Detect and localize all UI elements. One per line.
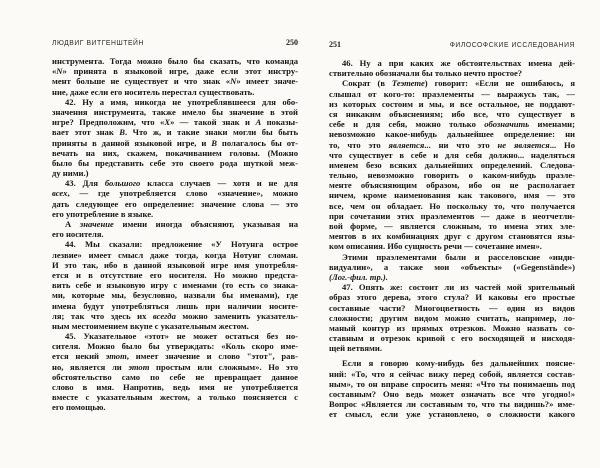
text-line: 45. Указательное «этот» не может остатьс…	[52, 331, 298, 341]
text-segment: » принята в языковой игре, даже если это…	[63, 66, 298, 76]
text-segment-italic: является	[389, 140, 425, 150]
text-line: вить себе и языковую игру с именами (то …	[52, 280, 298, 290]
text-line: ничем, кроме наименования как такового, …	[329, 190, 575, 200]
text-segment: ствительно обозначали бы только нечто пр…	[329, 68, 522, 78]
text-line: слышал от кого-то: праэлементы — выражус…	[329, 89, 575, 99]
text-segment: игре? Предположим, что «	[52, 117, 164, 127]
text-line: ным местоимением вкупе с указательным же…	[52, 321, 298, 331]
text-line: Если я говорю кому-нибудь без дальнейших…	[329, 358, 575, 368]
text-segment: что существует в себе и для себя должно.…	[329, 150, 575, 160]
text-segment: менте объясняющим образом, ибо он не рас…	[329, 180, 575, 190]
text-line: вает этот знак В. Что ж, и такие знаки м…	[52, 127, 298, 137]
text-line: вечать на них, скажем, покачиванием голо…	[52, 148, 298, 158]
text-line: всех, — где употребляется слово «значени…	[52, 188, 298, 198]
text-line: ет смысл, если уже установлено, о сложно…	[329, 409, 575, 419]
text-segment: при сочетании этих праэлементов — даже в…	[329, 211, 575, 221]
page-number-right: 251	[329, 40, 341, 49]
text-segment: невозможно какое-нибудь дальнейшее опред…	[329, 129, 575, 139]
text-segment: щей ветвями.	[329, 343, 382, 353]
text-segment: инструмента. Тогда можно было бы сказать…	[52, 56, 298, 66]
text-segment: маный контур из прямых отрезков. Можно н…	[329, 323, 575, 333]
text-segment-italic: (Лог.-фил. тр.).	[329, 272, 388, 282]
running-title-book: ФИЛОСОФСКИЕ ИССЛЕДОВАНИЯ	[450, 42, 575, 49]
text-segment: тельно, невозможно говорить о каком-нибу…	[329, 170, 575, 180]
text-line: И это так, ибо в данной языковой игре им…	[52, 260, 298, 270]
text-segment: ничем, кроме наименования как такового, …	[329, 190, 575, 200]
text-line: приняты в данной языковой игре, и В пола…	[52, 138, 298, 148]
text-line: мент больше не существует и что знак «N»…	[52, 76, 298, 86]
text-segment: значения инструмента, также имело бы зна…	[52, 107, 298, 117]
text-segment: было бы представить себе это своего рода…	[52, 158, 298, 168]
text-line: себе и для себя, можно только обозначить…	[329, 119, 575, 129]
text-line: 46. Ну а при каких же обстоятельствах им…	[329, 58, 575, 68]
text-line: ком описания. Ибо сущность речи — сочета…	[329, 241, 575, 251]
text-segment: именем безо всяких дальнейших определени…	[329, 160, 575, 170]
text-line: все, чем он обладает. Но поскольку то, ч…	[329, 201, 575, 211]
text-line: что существует в себе и для себя должно.…	[329, 150, 575, 160]
text-line: но, является ли этот простым или сложным…	[52, 362, 298, 372]
text-segment: именами;	[529, 119, 575, 129]
text-line: ду ними.)	[52, 168, 298, 178]
text-segment: Вопрос «Является ли составным то, что ты…	[329, 399, 575, 409]
text-line: образ этого дерева, этого стула? И каков…	[329, 292, 575, 302]
text-segment: простым или сложным». Но это	[149, 362, 298, 372]
text-segment: слышал от кого-то: праэлементы — выражус…	[329, 89, 575, 99]
text-segment: лезвие» имеет смысл даже тогда, когда Но…	[52, 250, 298, 260]
text-segment: ... ни что это	[424, 140, 497, 150]
text-segment: вместе с указательным жестом, а только п…	[52, 392, 298, 402]
text-line: дать следующее его определение: значение…	[52, 199, 298, 209]
text-segment: ля; так что здесь их	[52, 311, 153, 321]
text-line: имена будут употребляться лишь при налич…	[52, 301, 298, 311]
text-line: сителя. Можно было бы утверждать: «Коль …	[52, 341, 298, 351]
text-segment: сложности; другим видом можно считать, н…	[329, 313, 575, 323]
text-line: обстоятельство само по себе не превращае…	[52, 372, 298, 382]
text-segment: обстоятельство само по себе не превращае…	[52, 372, 298, 382]
text-segment: ми, которые мы, безусловно, назвали бы и…	[52, 290, 298, 300]
text-line: Вопрос «Является ли составным то, что ты…	[329, 399, 575, 409]
text-line: А значение имени иногда объясняют, указы…	[52, 219, 298, 229]
text-line: составные части? Многоцветность — один и…	[329, 303, 575, 313]
text-line: 47. Опять же: состоит ли из частей мой з…	[329, 282, 575, 292]
text-segment: , — где употребляется слово «значение», …	[67, 188, 298, 198]
text-segment: ет смысл, если уже установлено, о сложно…	[329, 409, 575, 419]
text-line: ля; так что здесь их всегда можно замени…	[52, 311, 298, 321]
text-segment: слово в имя. Напротив, ведь имя не употр…	[52, 382, 298, 392]
text-line: было бы представить себе это своего рода…	[52, 158, 298, 168]
text-line: значения инструмента, также имело бы зна…	[52, 107, 298, 117]
text-line: его носителя.	[52, 229, 298, 239]
text-line: 44. Мы сказали: предложение «У Нотунга о…	[52, 239, 298, 249]
text-segment: его носителя.	[52, 229, 104, 239]
text-line: его употребление в языке.	[52, 209, 298, 219]
text-segment: сителя. Можно было бы утверждать: «Коль …	[52, 341, 298, 351]
text-segment: мент больше не существует и что знак «	[52, 76, 230, 86]
text-line: ется некий этот, имеет значение и слово …	[52, 351, 298, 361]
page-right: 251 ФИЛОСОФСКИЕ ИССЛЕДОВАНИЯ 46. Ну а пр…	[329, 40, 575, 420]
text-segment-italic: не является	[498, 140, 550, 150]
text-line: Этими праэлементами были и расселовские …	[329, 252, 575, 262]
text-segment: ком описания. Ибо сущность речи — сочета…	[329, 241, 542, 251]
page-number-left: 250	[286, 38, 298, 47]
text-segment: ется и в отсутствие его носителя. Но мож…	[52, 270, 298, 280]
book-spread: ЛЮДВИГ ВИТГЕНШТЕЙН 250 инструмента. Тогд…	[0, 0, 600, 468]
text-segment: ду ними.)	[52, 168, 89, 178]
text-segment-italic: этот	[106, 351, 127, 361]
text-line: 43. Для большого класса случаев — хотя и…	[52, 178, 298, 188]
text-segment-italic: всех	[52, 188, 67, 198]
text-line: ным», то он вправе спросить меня: «Что т…	[329, 379, 575, 389]
text-segment: образ этого дерева, этого стула? И каков…	[329, 292, 575, 302]
text-line: невозможно какое-нибудь дальнейшее опред…	[329, 129, 575, 139]
text-segment: составным? Оно ведь может означать все ч…	[329, 389, 575, 399]
text-segment: Сократ (в	[342, 78, 392, 88]
text-segment: класса случаев — хотя и не для	[140, 178, 298, 188]
text-line: вместе с указательным жестом, а только п…	[52, 392, 298, 402]
text-segment: 44. Мы сказали: предложение «У Нотунга о…	[65, 239, 298, 249]
text-segment: 47. Опять же: состоит ли из частей мой з…	[342, 282, 575, 292]
text-segment-italic: всегда	[153, 311, 176, 321]
text-segment: из которых состоим и мы, и все остальное…	[329, 99, 575, 109]
text-segment: его употребление в языке.	[52, 209, 153, 219]
text-segment: можно заменить указатель-	[176, 311, 298, 321]
text-segment-italic: Теэтете	[392, 78, 425, 88]
text-segment: 46. Ну а при каких же обстоятельствах им…	[342, 58, 575, 68]
text-line: именем безо всяких дальнейших определени…	[329, 160, 575, 170]
text-segment: составные части? Многоцветность — один и…	[329, 303, 575, 313]
text-segment: » имеет значе-	[236, 76, 298, 86]
text-segment: вить себе и языковую игру с именами (то …	[52, 280, 298, 290]
text-segment: полагалось бы от-	[217, 138, 298, 148]
text-segment: 43. Для	[65, 178, 105, 188]
text-segment: но, является ли	[52, 362, 128, 372]
text-segment: Если я говорю кому-нибудь без дальнейших…	[342, 358, 575, 368]
text-line: щей ветвями.	[329, 343, 575, 353]
text-line: ние, даже если его носитель перестал сущ…	[52, 87, 298, 97]
text-line: Сократ (в Теэтете) говорит: «Если не оши…	[329, 78, 575, 88]
text-line: маный контур из прямых отрезков. Можно н…	[329, 323, 575, 333]
text-segment: ) говорит: «Если не ошибаюсь, я	[425, 78, 575, 88]
text-segment: . Что ж, и такие знаки могли бы быть	[125, 127, 298, 137]
page-left-header: ЛЮДВИГ ВИТГЕНШТЕЙН 250	[52, 38, 298, 47]
page-left: ЛЮДВИГ ВИТГЕНШТЕЙН 250 инструмента. Тогд…	[52, 38, 298, 413]
text-line: (Лог.-фил. тр.).	[329, 272, 575, 282]
text-segment-italic: этот	[128, 362, 149, 372]
text-line: при сочетании этих праэлементов — даже в…	[329, 211, 575, 221]
running-title-author: ЛЮДВИГ ВИТГЕНШТЕЙН	[52, 40, 144, 47]
text-segment: ние, даже если его носитель перестал сущ…	[52, 87, 254, 97]
text-segment: , имеет значение и слово "этот", рав-	[127, 351, 298, 361]
page-right-body: 46. Ну а при каких же обстоятельствах им…	[329, 58, 575, 420]
text-line: менте объясняющим образом, ибо он не рас…	[329, 180, 575, 190]
text-segment-italic: большого	[105, 178, 141, 188]
text-line: «N» принята в языковой игре, даже если э…	[52, 66, 298, 76]
text-segment: ется некий	[52, 351, 106, 361]
text-segment-italic: обозначить	[484, 119, 529, 129]
text-segment: имена будут употребляться лишь при налич…	[52, 301, 298, 311]
text-line: ся никаким объяснениям; ибо все, что сущ…	[329, 109, 575, 119]
text-segment: видуалии», а также мои «объекты» («Gegen…	[329, 262, 575, 272]
text-line: ствительно обозначали бы только нечто пр…	[329, 68, 575, 78]
text-segment: его помощью.	[52, 402, 106, 412]
text-segment: ментов в их комбинациях друг с другом ст…	[329, 231, 575, 241]
text-line: видуалии», а также мои «объекты» («Gegen…	[329, 262, 575, 272]
text-segment: ным местоимением вкупе с указательным же…	[52, 321, 249, 331]
text-line: ми, которые мы, безусловно, назвали бы и…	[52, 290, 298, 300]
text-line: вой форме, — является сложным, то имена …	[329, 221, 575, 231]
page-right-header: 251 ФИЛОСОФСКИЕ ИССЛЕДОВАНИЯ	[329, 40, 575, 49]
text-segment: 45. Указательное «этот» не может остатьс…	[65, 331, 298, 341]
text-segment: вечать на них, скажем, покачиванием голо…	[52, 148, 298, 158]
text-line: составным? Оно ведь может означать все ч…	[329, 389, 575, 399]
text-segment: себе и для себя, можно только	[329, 119, 484, 129]
text-line: ется и в отсутствие его носителя. Но мож…	[52, 270, 298, 280]
text-line: игре? Предположим, что «X» — такой знак …	[52, 117, 298, 127]
text-segment: ний: «То, что я сейчас вижу перед собой,…	[329, 369, 575, 379]
text-line: то, что это является... ни что это не яв…	[329, 140, 575, 150]
text-line: ставным и отрезок кривой с его восходяще…	[329, 333, 575, 343]
page-left-body: инструмента. Тогда можно было бы сказать…	[52, 56, 298, 413]
text-line: ментов в их комбинациях друг с другом ст…	[329, 231, 575, 241]
text-segment: Этими праэлементами были и расселовские …	[342, 252, 575, 262]
text-segment: ся никаким объяснениям; ибо все, что сущ…	[329, 109, 575, 119]
text-segment: имени иногда объясняют, указывая на	[114, 219, 298, 229]
text-segment: все, чем он обладает. Но поскольку то, ч…	[329, 201, 575, 211]
text-line: ний: «То, что я сейчас вижу перед собой,…	[329, 369, 575, 379]
text-line: слово в имя. Напротив, ведь имя не употр…	[52, 382, 298, 392]
text-segment: А	[65, 219, 80, 229]
text-line: 42. Ну а имя, никогда не употреблявшееся…	[52, 97, 298, 107]
text-segment-italic: значение	[80, 219, 114, 229]
text-segment: вой форме, — является сложным, то имена …	[329, 221, 575, 231]
text-segment: 42. Ну а имя, никогда не употреблявшееся…	[65, 97, 298, 107]
text-segment: ставным и отрезок кривой с его восходяще…	[329, 333, 575, 343]
text-segment: И это так, ибо в данной языковой игре им…	[52, 260, 298, 270]
text-line: лезвие» имеет смысл даже тогда, когда Но…	[52, 250, 298, 260]
text-segment: показы-	[261, 117, 298, 127]
text-segment: » — такой знак и	[170, 117, 255, 127]
text-line: из которых состоим и мы, и все остальное…	[329, 99, 575, 109]
text-line: сложности; другим видом можно считать, н…	[329, 313, 575, 323]
text-segment: вает этот знак	[52, 127, 119, 137]
text-segment: то, что это	[329, 140, 389, 150]
text-segment: ным», то он вправе спросить меня: «Что т…	[329, 379, 575, 389]
text-segment: ... Но	[550, 140, 575, 150]
text-line: тельно, невозможно говорить о каком-нибу…	[329, 170, 575, 180]
text-segment: дать следующее его определение: значение…	[52, 199, 298, 209]
text-line: инструмента. Тогда можно было бы сказать…	[52, 56, 298, 66]
text-line: его помощью.	[52, 402, 298, 412]
text-segment: приняты в данной языковой игре, и	[52, 138, 211, 148]
